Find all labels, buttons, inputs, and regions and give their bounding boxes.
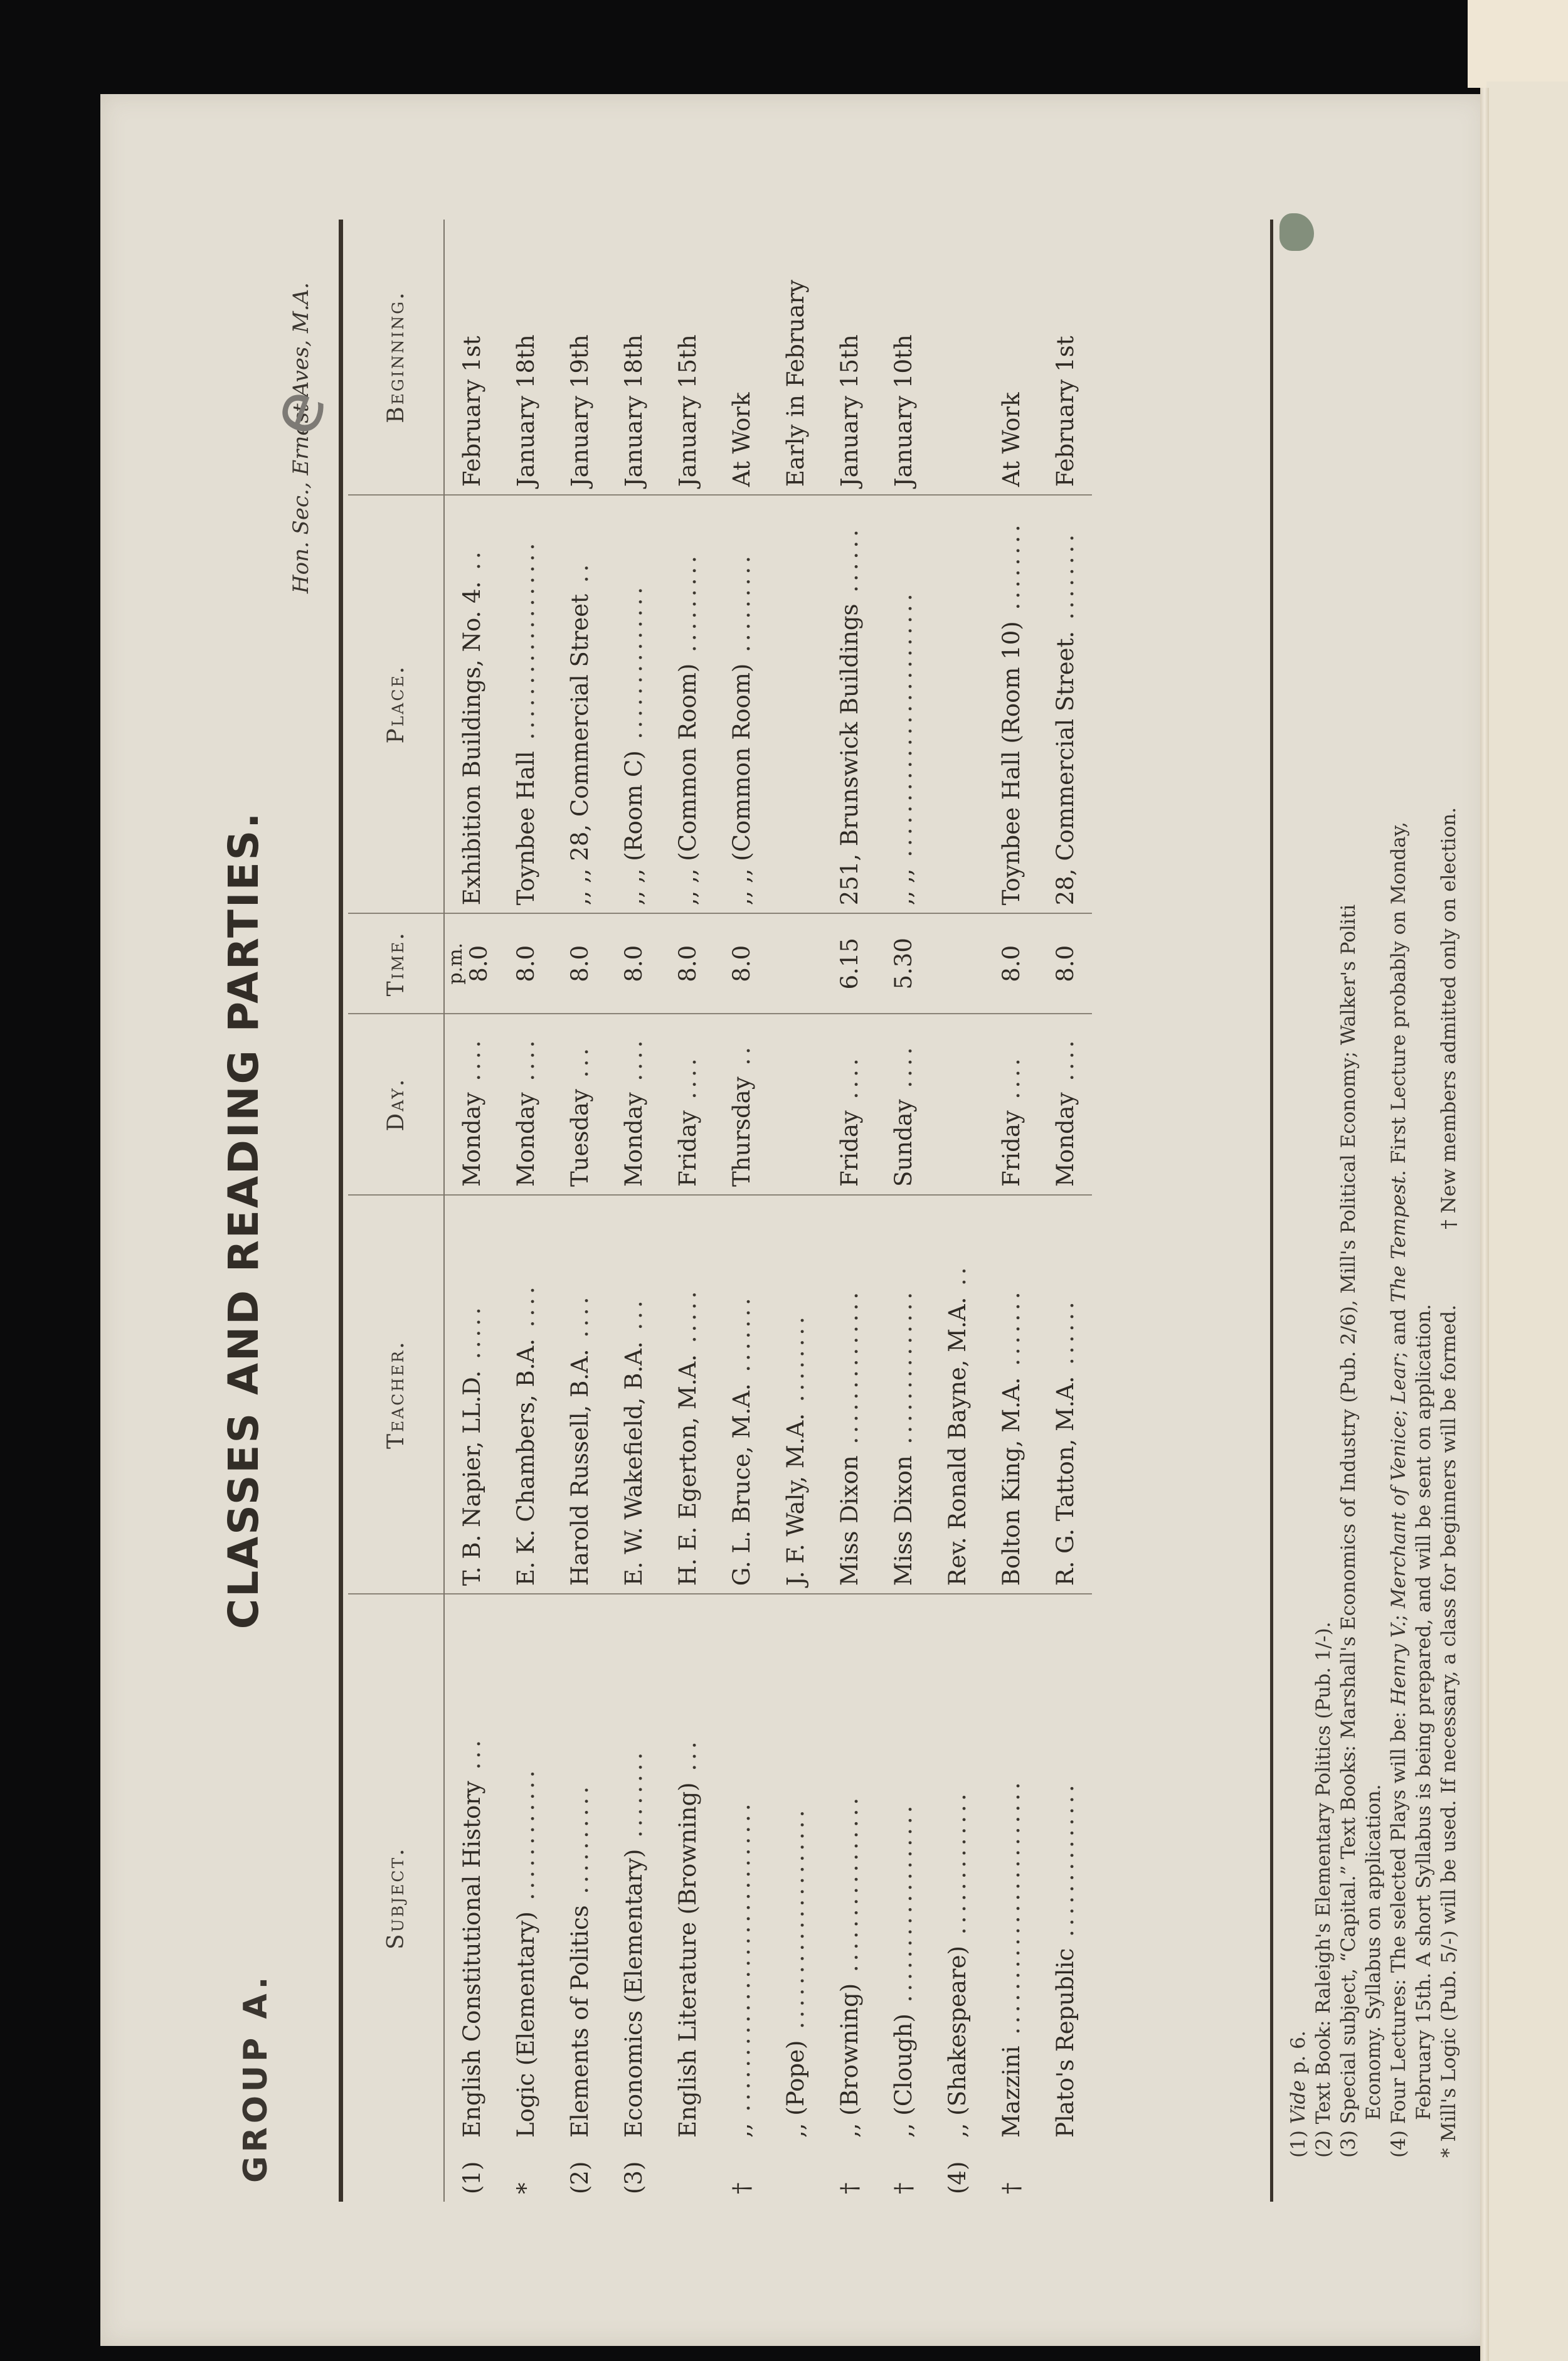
separator: ;: [1387, 1608, 1410, 1621]
dot-leader: ..................: [890, 1802, 917, 2013]
time-cell: 8.0: [714, 913, 768, 1014]
teacher-text: Miss Dixon: [836, 1455, 863, 1586]
time-unit: p.m.: [447, 921, 465, 1005]
footnote-italic: Vide: [1287, 2080, 1310, 2124]
footnote-text: (4) Four Lectures: The selected Plays wi…: [1387, 1706, 1410, 2158]
dot-leader: ..: [728, 1043, 755, 1076]
day-cell: Sunday ....: [876, 1014, 930, 1195]
place-cell: ,, ,, 28, Commercial Street ..: [553, 495, 607, 913]
dot-leader: ..................: [512, 539, 539, 751]
dot-leader: ........: [782, 1313, 809, 1413]
subject-text: English Constitutional History: [458, 1781, 485, 2138]
footnote-star-dagger: * Mill's Logic (Pub. 5/-) will be used. …: [1436, 213, 1461, 2158]
subject-cell: (1)English Constitutional History ...: [444, 1594, 499, 2202]
row-mark: (3): [620, 2138, 647, 2194]
dot-leader: ...: [458, 1736, 485, 1781]
beginning-text: January 19th: [566, 334, 593, 487]
adjacent-page-top: [1468, 0, 1568, 88]
teacher-text: E. W. Wakefield, B.A.: [620, 1341, 647, 1586]
header-time: Time.: [348, 913, 444, 1014]
time-cell: 8.0: [499, 913, 553, 1014]
dot-leader: ....: [566, 1293, 593, 1349]
footnote-2: (2) Text Book: Raleigh's Elementary Poli…: [1311, 213, 1336, 2158]
beginning-cell: February 1st: [444, 220, 499, 495]
beginning-text: January 10th: [890, 334, 917, 487]
time-cell: 6.15: [822, 913, 876, 1014]
teacher-cell: J. F. Waly, M.A. ........: [768, 1195, 822, 1594]
dot-leader: ....: [512, 1037, 539, 1093]
place-text: 251, Brunswick Buildings: [836, 603, 863, 905]
dot-leader: ..............: [1052, 1781, 1079, 1948]
table-row: (1)English Constitutional History ...T. …: [444, 220, 499, 2202]
place-text: 28, Commercial Street.: [1052, 631, 1079, 905]
day-cell: [768, 1014, 822, 1195]
day-text: Thursday: [728, 1076, 755, 1187]
time-text: 6.15: [836, 938, 863, 989]
dot-leader: ....: [998, 1054, 1025, 1110]
play-title: The Tempest: [1387, 1176, 1410, 1302]
header-beginning: Beginning.: [348, 220, 444, 495]
dot-leader: .......: [998, 1288, 1025, 1377]
dot-leader: .......................: [998, 1778, 1025, 2045]
dot-leader: ........................: [890, 590, 917, 868]
subject-text: ,, (Browning): [836, 1983, 863, 2138]
subject-cell: †,, (Browning) ................: [822, 1594, 876, 2202]
table-row: *Logic (Elementary) ............E. K. Ch…: [499, 220, 553, 2202]
place-cell: ,, ,, (Room C) ..............: [607, 495, 660, 913]
dot-leader: ....................: [782, 1807, 809, 2040]
dot-leader: ...: [566, 1044, 593, 1089]
bottom-rule: [1270, 220, 1273, 2202]
footnotes: (1) Vide p. 6. (2) Text Book: Raleigh's …: [1286, 213, 1461, 2158]
day-cell: Friday ....: [984, 1014, 1038, 1195]
place-cell: Toynbee Hall ..................: [499, 495, 553, 913]
dot-leader: ...: [620, 1297, 647, 1341]
teacher-cell: Miss Dixon ..............: [822, 1195, 876, 1594]
beginning-cell: January 10th: [876, 220, 930, 495]
dot-leader: ............: [512, 1766, 539, 1911]
beginning-cell: January 15th: [660, 220, 714, 495]
dot-leader: ..: [458, 548, 485, 581]
day-text: Friday: [674, 1110, 701, 1187]
subject-cell: †,, (Clough) ..................: [876, 1594, 930, 2202]
separator: ;: [1387, 1403, 1410, 1416]
subject-cell: (4),, (Shakespeare) .............: [930, 1594, 984, 2202]
place-text: Toynbee Hall: [512, 751, 539, 905]
time-text: 8.0: [1052, 945, 1079, 982]
page-fold: [1480, 88, 1489, 2361]
subject-text: English Literature (Browning): [674, 1782, 701, 2138]
place-text: Exhibition Buildings, No. 4.: [458, 581, 485, 906]
time-cell: 8.0: [984, 913, 1038, 1014]
day-cell: [930, 1014, 984, 1195]
beginning-text: At Work: [998, 392, 1025, 487]
row-mark: (4): [944, 2138, 971, 2194]
play-title: Merchant of Venice: [1387, 1416, 1410, 1608]
place-text: ,, ,, (Common Room): [674, 664, 701, 906]
subject-text: Economics (Elementary): [620, 1849, 647, 2138]
play-title: Henry V.: [1387, 1621, 1410, 1705]
dot-leader: ........: [998, 521, 1025, 621]
subject-text: ,, (Shakespeare): [944, 1946, 971, 2138]
beginning-text: At Work: [728, 392, 755, 487]
teacher-text: E. K. Chambers, B.A.: [512, 1339, 539, 1586]
teacher-cell: Bolton King, M.A. .......: [984, 1195, 1038, 1594]
time-text: 8.0: [728, 945, 755, 982]
subject-cell: Plato's Republic ..............: [1038, 1594, 1092, 2202]
place-cell: ,, ,, (Common Room) .........: [660, 495, 714, 913]
place-text: ,, ,, 28, Commercial Street: [566, 594, 593, 905]
beginning-cell: January 18th: [607, 220, 660, 495]
time-cell: 5.30: [876, 913, 930, 1014]
time-text: 8.0: [998, 945, 1025, 982]
teacher-cell: H. E. Egerton, M.A. .....: [660, 1195, 714, 1594]
beginning-text: February 1st: [458, 336, 485, 487]
document-page: GROUP A. CLASSES AND READING PARTIES. Ho…: [100, 94, 1486, 2346]
teacher-text: Harold Russell, B.A.: [566, 1349, 593, 1586]
day-text: Monday: [512, 1092, 539, 1187]
day-cell: Thursday ..: [714, 1014, 768, 1195]
beginning-cell: January 18th: [499, 220, 553, 495]
adjacent-page: [1486, 82, 1568, 2361]
dot-leader: ................: [836, 1794, 863, 1983]
time-cell: 8.0: [607, 913, 660, 1014]
table-row: †,, (Clough) ..................Miss Dixo…: [876, 220, 930, 2202]
dot-leader: .....: [674, 1287, 701, 1354]
beginning-text: Early in February: [782, 280, 809, 487]
table-row: †Mazzini .......................Bolton K…: [984, 220, 1038, 2202]
footnote-3-continued: Economy. Syllabus on application.: [1361, 213, 1386, 2158]
day-text: Tuesday: [566, 1089, 593, 1187]
subject-text: ,,: [728, 2123, 755, 2138]
subject-cell: English Literature (Browning) ...: [660, 1594, 714, 2202]
subject-cell: †Mazzini .......................: [984, 1594, 1038, 2202]
beginning-cell: January 19th: [553, 220, 607, 495]
footnote-text: . First Lecture probably on Monday,: [1387, 822, 1410, 1176]
row-mark: †: [998, 2138, 1025, 2194]
dot-leader: ..........: [566, 1783, 593, 1905]
separator: ; and: [1387, 1303, 1410, 1358]
dot-leader: ..............: [620, 583, 647, 750]
day-cell: Monday ....: [444, 1014, 499, 1195]
teacher-text: T. B. Napier, LL.D.: [458, 1371, 485, 1586]
subject-cell: (2)Elements of Politics ..........: [553, 1594, 607, 2202]
place-cell: Exhibition Buildings, No. 4. ..: [444, 495, 499, 913]
dot-leader: ....: [674, 1054, 701, 1110]
row-mark: *: [512, 2138, 539, 2194]
footnote-3: (3) Special subject, “Capital.” Text Boo…: [1336, 213, 1361, 2158]
day-text: Sunday: [890, 1099, 917, 1187]
header-teacher: Teacher.: [348, 1195, 444, 1594]
time-text: 8.0: [620, 945, 647, 982]
dot-leader: ..: [566, 561, 593, 594]
dot-leader: ....: [890, 1044, 917, 1100]
time-text: 8.0: [465, 945, 492, 982]
subject-cell: †,, ............................: [714, 1594, 768, 2202]
dot-leader: ............................: [728, 1800, 755, 2123]
footnote-mark: (1): [1287, 2130, 1310, 2158]
time-cell: 8.0: [1038, 913, 1092, 1014]
teacher-cell: G. L. Bruce, M.A. .......: [714, 1195, 768, 1594]
place-text: Toynbee Hall (Room 10): [998, 621, 1025, 905]
subject-text: ,, (Pope): [782, 2040, 809, 2138]
beginning-text: February 1st: [1052, 336, 1079, 487]
place-cell: 251, Brunswick Buildings ......: [822, 495, 876, 913]
row-mark: †: [836, 2138, 863, 2194]
dot-leader: ...: [674, 1738, 701, 1782]
teacher-text: R. G. Tatton, M.A.: [1052, 1376, 1079, 1586]
beginning-text: January 15th: [674, 334, 701, 487]
day-text: Friday: [836, 1110, 863, 1187]
footnote-4: (4) Four Lectures: The selected Plays wi…: [1386, 213, 1411, 2158]
table-row: (3)Economics (Elementary) ........E. W. …: [607, 220, 660, 2202]
table-row: †,, ............................G. L. Br…: [714, 220, 768, 2202]
teacher-text: Miss Dixon: [890, 1455, 917, 1586]
teacher-cell: R. G. Tatton, M.A. ......: [1038, 1195, 1092, 1594]
place-cell: [930, 495, 984, 913]
place-cell: Toynbee Hall (Room 10) ........: [984, 495, 1038, 913]
page-title: CLASSES AND READING PARTIES.: [220, 94, 268, 2346]
table-row: Plato's Republic ..............R. G. Tat…: [1038, 220, 1092, 2202]
dot-leader: ..............: [890, 1288, 917, 1455]
day-cell: Friday ....: [822, 1014, 876, 1195]
beginning-text: January 15th: [836, 334, 863, 487]
day-text: Monday: [1052, 1092, 1079, 1187]
time-cell: 8.0: [553, 913, 607, 1014]
dot-leader: ....: [1052, 1037, 1079, 1093]
beginning-cell: At Work: [984, 220, 1038, 495]
play-title: Lear: [1387, 1358, 1410, 1403]
header: GROUP A. CLASSES AND READING PARTIES. Ho…: [100, 94, 314, 2346]
dot-leader: ....: [620, 1037, 647, 1093]
day-cell: Tuesday ...: [553, 1014, 607, 1195]
table-row: (2)Elements of Politics ..........Harold…: [553, 220, 607, 2202]
teacher-text: Bolton King, M.A.: [998, 1377, 1025, 1586]
subject-cell: ,, (Pope) ....................: [768, 1594, 822, 2202]
classes-table: Subject. Teacher. Day. Time. Place. Begi…: [348, 220, 1092, 2202]
beginning-text: January 18th: [512, 334, 539, 487]
beginning-cell: At Work: [714, 220, 768, 495]
dot-leader: ..............: [836, 1288, 863, 1455]
row-mark: †: [728, 2138, 755, 2194]
beginning-cell: February 1st: [1038, 220, 1092, 495]
beginning-text: January 18th: [620, 334, 647, 487]
teacher-text: J. F. Waly, M.A.: [782, 1413, 809, 1586]
subject-text: Mazzini: [998, 2046, 1025, 2138]
dot-leader: ........: [620, 1749, 647, 1849]
footnote-1: (1) Vide p. 6.: [1286, 213, 1311, 2158]
time-text: 8.0: [566, 945, 593, 982]
subject-cell: *Logic (Elementary) ............: [499, 1594, 553, 2202]
time-cell: 8.0: [660, 913, 714, 1014]
rotated-content: GROUP A. CLASSES AND READING PARTIES. Ho…: [100, 94, 1486, 2346]
dot-leader: .........: [674, 552, 701, 664]
place-text: ,, ,, (Common Room): [728, 664, 755, 906]
header-subject: Subject.: [348, 1594, 444, 2202]
day-cell: Monday ....: [499, 1014, 553, 1195]
table-header-row: Subject. Teacher. Day. Time. Place. Begi…: [348, 220, 444, 2202]
footnote-star: * Mill's Logic (Pub. 5/-) will be used. …: [1438, 1305, 1460, 2158]
teacher-cell: T. B. Napier, LL.D. .....: [444, 1195, 499, 1594]
teacher-cell: Rev. Ronald Bayne, M.A. ..: [930, 1195, 984, 1594]
beginning-cell: [930, 220, 984, 495]
teacher-text: Rev. Ronald Bayne, M.A.: [944, 1297, 971, 1586]
header-place: Place.: [348, 495, 444, 913]
dot-leader: ........: [1052, 531, 1079, 631]
footnote-text: p. 6.: [1287, 2030, 1310, 2080]
time-cell: [930, 913, 984, 1014]
place-text: ,, ,, (Room C): [620, 750, 647, 905]
dot-leader: ......: [836, 526, 863, 603]
top-rule: [339, 220, 343, 2202]
dot-leader: ....: [512, 1283, 539, 1339]
teacher-text: H. E. Egerton, M.A.: [674, 1354, 701, 1586]
time-text: 8.0: [674, 945, 701, 982]
subject-text: Elements of Politics: [566, 1905, 593, 2138]
footnote-4-continued: February 15th. A short Syllabus is being…: [1411, 213, 1436, 2158]
dot-leader: .....: [458, 1303, 485, 1371]
time-text: 5.30: [890, 938, 917, 989]
table-row: ,, (Pope) ....................J. F. Waly…: [768, 220, 822, 2202]
teacher-cell: E. W. Wakefield, B.A. ...: [607, 1195, 660, 1594]
table-row: †,, (Browning) ................Miss Dixo…: [822, 220, 876, 2202]
dot-leader: .......: [728, 1294, 755, 1383]
subject-text: Logic (Elementary): [512, 1911, 539, 2138]
dot-leader: .........: [728, 552, 755, 664]
day-text: Monday: [620, 1092, 647, 1187]
day-text: Friday: [998, 1110, 1025, 1187]
table-row: English Literature (Browning) ...H. E. E…: [660, 220, 714, 2202]
footnote-dagger: † New members admitted only on election.: [1438, 807, 1460, 1229]
time-cell: p.m.8.0: [444, 913, 499, 1014]
place-cell: [768, 495, 822, 913]
subject-cell: (3)Economics (Elementary) ........: [607, 1594, 660, 2202]
dot-leader: ....: [458, 1037, 485, 1093]
teacher-cell: E. K. Chambers, B.A. ....: [499, 1195, 553, 1594]
dot-leader: ..: [944, 1263, 971, 1297]
place-cell: 28, Commercial Street. ........: [1038, 495, 1092, 913]
time-cell: [768, 913, 822, 1014]
table-row: (4),, (Shakespeare) .............Rev. Ro…: [930, 220, 984, 2202]
row-mark: (1): [458, 2138, 485, 2194]
day-cell: Friday ....: [660, 1014, 714, 1195]
teacher-cell: Harold Russell, B.A. ....: [553, 1195, 607, 1594]
teacher-cell: Miss Dixon ..............: [876, 1195, 930, 1594]
row-mark: †: [890, 2138, 917, 2194]
place-cell: ,, ,, (Common Room) .........: [714, 495, 768, 913]
teacher-text: G. L. Bruce, M.A.: [728, 1383, 755, 1586]
subject-text: Plato's Republic: [1052, 1948, 1079, 2138]
place-text: ,, ,,: [890, 868, 917, 905]
row-mark: (2): [566, 2138, 593, 2194]
day-text: Monday: [458, 1092, 485, 1187]
time-text: 8.0: [512, 945, 539, 982]
day-cell: Monday ....: [1038, 1014, 1092, 1195]
dot-leader: ......: [1052, 1298, 1079, 1376]
day-cell: Monday ....: [607, 1014, 660, 1195]
beginning-cell: January 15th: [822, 220, 876, 495]
dot-leader: ....: [836, 1054, 863, 1110]
subject-text: ,, (Clough): [890, 2013, 917, 2138]
place-cell: ,, ,, ........................: [876, 495, 930, 913]
dot-leader: .............: [944, 1790, 971, 1946]
header-day: Day.: [348, 1014, 444, 1195]
beginning-cell: Early in February: [768, 220, 822, 495]
